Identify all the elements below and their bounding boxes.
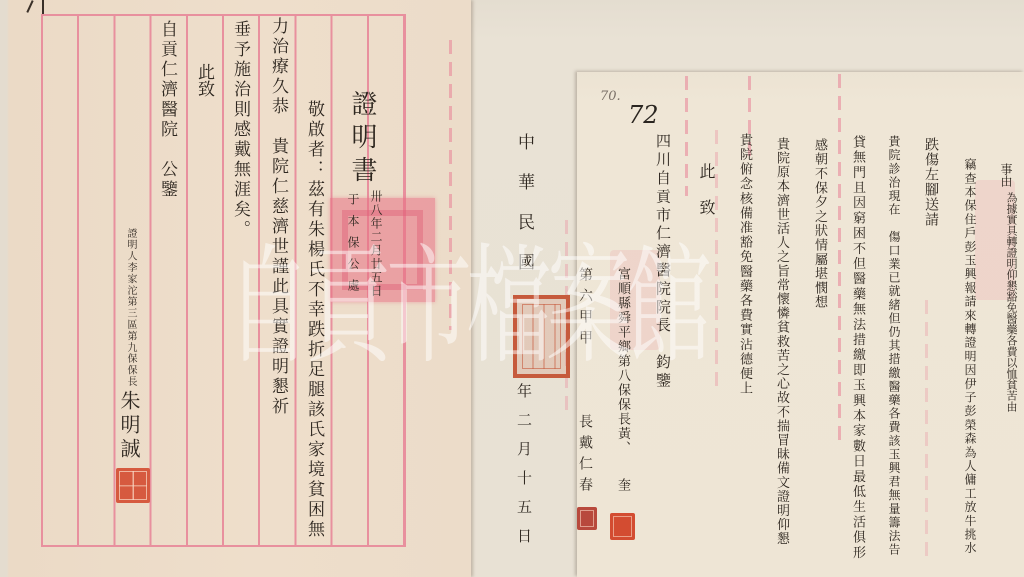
- pencil-page-number: 70.: [600, 90, 621, 103]
- body-line-1: 竊查本保住戶彭玉興報請來轉證明因伊子彭榮森為人傭工放牛挑水: [964, 158, 976, 555]
- closing: 此致: [698, 163, 714, 235]
- body-line-2: 跌傷左腳送請: [924, 137, 938, 227]
- archival-document-photo: 證明書 卅八年二月廿五日 于本保公處 敬啟者：茲有朱楊氏不幸跌折足腿該氏家境貧困…: [0, 0, 1024, 577]
- certifier-title: 證明人李家沱第三區第九保保長: [125, 228, 135, 388]
- certifier-name: 朱明誠: [119, 390, 139, 462]
- archive-watermark: 自貢市檔案館: [226, 243, 706, 372]
- certifier-seal: [116, 468, 150, 503]
- pink-ruling-mark: [925, 300, 928, 560]
- jia-head-seal: [577, 507, 597, 530]
- body-line-3: 垂予施治則感戴無涯矣。: [231, 20, 248, 240]
- pink-ruling-mark: [838, 74, 841, 444]
- margin-ink-mark: [42, 0, 44, 14]
- body-line-7: 貴院俯念核備准豁免醫藥各費實沾德便上: [738, 133, 751, 396]
- ink-page-number: 72: [628, 103, 659, 127]
- subject-label: 事由: [1000, 163, 1012, 187]
- bao-head-seal: [610, 513, 635, 540]
- subject-text: 為據實具轉證明仰懇豁免醫藥各費以恤貧苦由: [1006, 192, 1017, 412]
- closing: 此致: [195, 63, 212, 97]
- body-line-6: 貴院原本濟世活人之旨常懷憐貧救苦之心故不揣冒昧備文證明仰懇: [775, 137, 788, 546]
- body-line-5: 感朝不保夕之狀情屬堪憫想: [813, 138, 826, 310]
- certificate-title: 證明書: [349, 90, 375, 189]
- recipient: 自貢仁濟醫院 公鑒: [158, 20, 175, 200]
- body-line-4: 貸無門且因窮困不但醫藥無法措繳即玉興本家數日最低生活俱形: [851, 135, 864, 561]
- pink-ruling-mark: [685, 76, 688, 196]
- body-line-3: 貴院診治現在 傷口業已就緒但仍其措繳醫藥各費該玉興君無量籌法告: [888, 135, 900, 557]
- date-month-day: 年二月十五日: [516, 383, 531, 557]
